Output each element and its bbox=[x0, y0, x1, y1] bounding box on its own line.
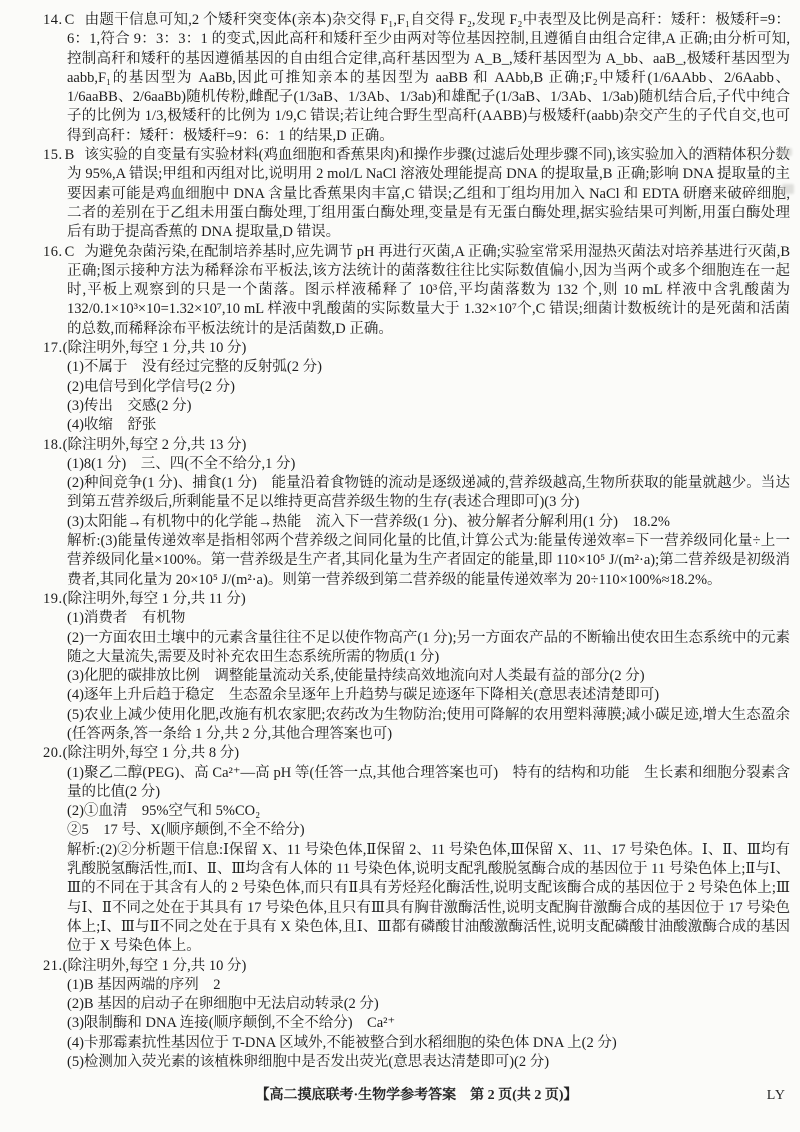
explanation-text: 为避免杂菌污染,在配制培养基时,应先调节 pH 再进行灭菌,A 正确;实验室常采… bbox=[67, 244, 790, 337]
answer-item-14: 14.C由题干信息可知,2 个矮秆突变体(亲本)杂交得 F₁,F₁自交得 F₂,… bbox=[43, 11, 790, 146]
sub-answer: (4)卡那霉素抗性基因位于 T-DNA 区域外,不能被整合到水稻细胞的染色体 D… bbox=[43, 1034, 790, 1053]
sub-answer: (5)农业上减少使用化肥,改施有机农家肥;农药改为生物防治;使用可降解的农用塑料… bbox=[43, 706, 790, 745]
question-number: 17. bbox=[43, 340, 63, 356]
sub-answer: (2)①血清 95%空气和 5%CO₂ bbox=[43, 802, 790, 821]
answer-item-15: 15.B该实验的自变量有实验材料(鸡血细胞和香蕉果肉)和操作步骤(过滤后处理步骤… bbox=[43, 146, 790, 242]
answer-item-20: 20.(除注明外,每空 1 分,共 8 分) (1)聚乙二醇(PEG)、高 Ca… bbox=[43, 744, 790, 956]
scoring-note: (除注明外,每空 1 分,共 11 分) bbox=[63, 591, 246, 607]
sub-answer: ②5 17 号、X(顺序颠倒,不全不给分) bbox=[43, 821, 790, 840]
question-number: 19. bbox=[43, 591, 63, 607]
scoring-note: (除注明外,每空 1 分,共 8 分) bbox=[63, 745, 239, 761]
sub-answer: (1)聚乙二醇(PEG)、高 Ca²⁺—高 pH 等(任答一点,其他合理答案也可… bbox=[43, 764, 790, 803]
answer-item-19: 19.(除注明外,每空 1 分,共 11 分) (1)消费者 有机物 (2)一方… bbox=[43, 590, 790, 744]
item-header: 21.(除注明外,每空 1 分,共 10 分) bbox=[43, 957, 790, 976]
answer-letter: C bbox=[65, 244, 75, 260]
explanation-text: 由题干信息可知,2 个矮秆突变体(亲本)杂交得 F₁,F₁自交得 F₂,发现 F… bbox=[67, 12, 790, 144]
scan-smudge bbox=[778, 148, 792, 156]
sub-answer: (3)化肥的碳排放比例 调整能量流动关系,使能量持续高效地流向对人类最有益的部分… bbox=[43, 667, 790, 686]
sub-answer: (1)B 基因两端的序列 2 bbox=[43, 976, 790, 995]
scoring-note: (除注明外,每空 1 分,共 10 分) bbox=[63, 958, 247, 974]
analysis-text: 解析:(3)能量传递效率是指相邻两个营养级之间同化量的比值,计算公式为:能量传递… bbox=[43, 532, 790, 590]
sub-answer: (3)太阳能→有机物中的化学能→热能 流入下一营养级(1 分)、被分解者分解利用… bbox=[43, 513, 790, 532]
page-footer: 【高二摸底联考·生物学参考答案 第 2 页(共 2 页)】 LY bbox=[43, 1086, 790, 1105]
sub-answer: (2)电信号到化学信号(2 分) bbox=[43, 378, 790, 397]
answer-item-21: 21.(除注明外,每空 1 分,共 10 分) (1)B 基因两端的序列 2 (… bbox=[43, 957, 790, 1073]
footer-title: 【高二摸底联考·生物学参考答案 第 2 页(共 2 页)】 bbox=[256, 1088, 578, 1103]
answer-letter: C bbox=[65, 12, 75, 28]
answer-letter: B bbox=[65, 147, 75, 163]
sub-answer: (5)检测加入荧光素的该植株卵细胞中是否发出荧光(意思表达清楚即可)(2 分) bbox=[43, 1053, 790, 1072]
question-number: 20. bbox=[43, 745, 63, 761]
sub-answer: (2)一方面农田土壤中的元素含量往往不足以使作物高产(1 分);另一方面农产品的… bbox=[43, 629, 790, 668]
sub-answer: (3)限制酶和 DNA 连接(顺序颠倒,不全不给分) Ca²⁺ bbox=[43, 1014, 790, 1033]
item-header: 20.(除注明外,每空 1 分,共 8 分) bbox=[43, 744, 790, 763]
item-header: 18.(除注明外,每空 2 分,共 13 分) bbox=[43, 436, 790, 455]
sub-answer: (1)8(1 分) 三、四(不全不给分,1 分) bbox=[43, 455, 790, 474]
sub-answer: (4)逐年上升后趋于稳定 生态盈余呈逐年上升趋势与碳足迹逐年下降相关(意思表述清… bbox=[43, 686, 790, 705]
answer-item-16: 16.C为避免杂菌污染,在配制培养基时,应先调节 pH 再进行灭菌,A 正确;实… bbox=[43, 243, 790, 339]
scoring-note: (除注明外,每空 1 分,共 10 分) bbox=[63, 340, 247, 356]
item-header: 17.(除注明外,每空 1 分,共 10 分) bbox=[43, 339, 790, 358]
scan-smudge bbox=[782, 184, 794, 194]
analysis-text: 解析:(2)②分析题干信息:Ⅰ保留 X、11 号染色体,Ⅱ保留 2、11 号染色… bbox=[43, 841, 790, 957]
question-number: 18. bbox=[43, 437, 63, 453]
explanation-text: 该实验的自变量有实验材料(鸡血细胞和香蕉果肉)和操作步骤(过滤后处理步骤不同),… bbox=[67, 147, 790, 240]
answer-item-18: 18.(除注明外,每空 2 分,共 13 分) (1)8(1 分) 三、四(不全… bbox=[43, 436, 790, 590]
question-number: 15. bbox=[43, 147, 63, 163]
sub-answer: (1)消费者 有机物 bbox=[43, 609, 790, 628]
item-header: 19.(除注明外,每空 1 分,共 11 分) bbox=[43, 590, 790, 609]
footer-code: LY bbox=[767, 1086, 786, 1105]
answer-item-17: 17.(除注明外,每空 1 分,共 10 分) (1)不属于 没有经过完整的反射… bbox=[43, 339, 790, 435]
sub-answer: (1)不属于 没有经过完整的反射弧(2 分) bbox=[43, 358, 790, 377]
sub-answer: (4)收缩 舒张 bbox=[43, 416, 790, 435]
question-number: 21. bbox=[43, 958, 63, 974]
question-number: 16. bbox=[43, 244, 63, 260]
sub-answer: (2)B 基因的启动子在卵细胞中无法启动转录(2 分) bbox=[43, 995, 790, 1014]
question-number: 14. bbox=[43, 12, 63, 28]
sub-answer: (2)种间竞争(1 分)、捕食(1 分) 能量沿着食物链的流动是逐级递减的,营养… bbox=[43, 474, 790, 513]
scoring-note: (除注明外,每空 2 分,共 13 分) bbox=[63, 437, 247, 453]
sub-answer: (3)传出 交感(2 分) bbox=[43, 397, 790, 416]
exam-answer-page: 14.C由题干信息可知,2 个矮秆突变体(亲本)杂交得 F₁,F₁自交得 F₂,… bbox=[0, 0, 800, 1132]
